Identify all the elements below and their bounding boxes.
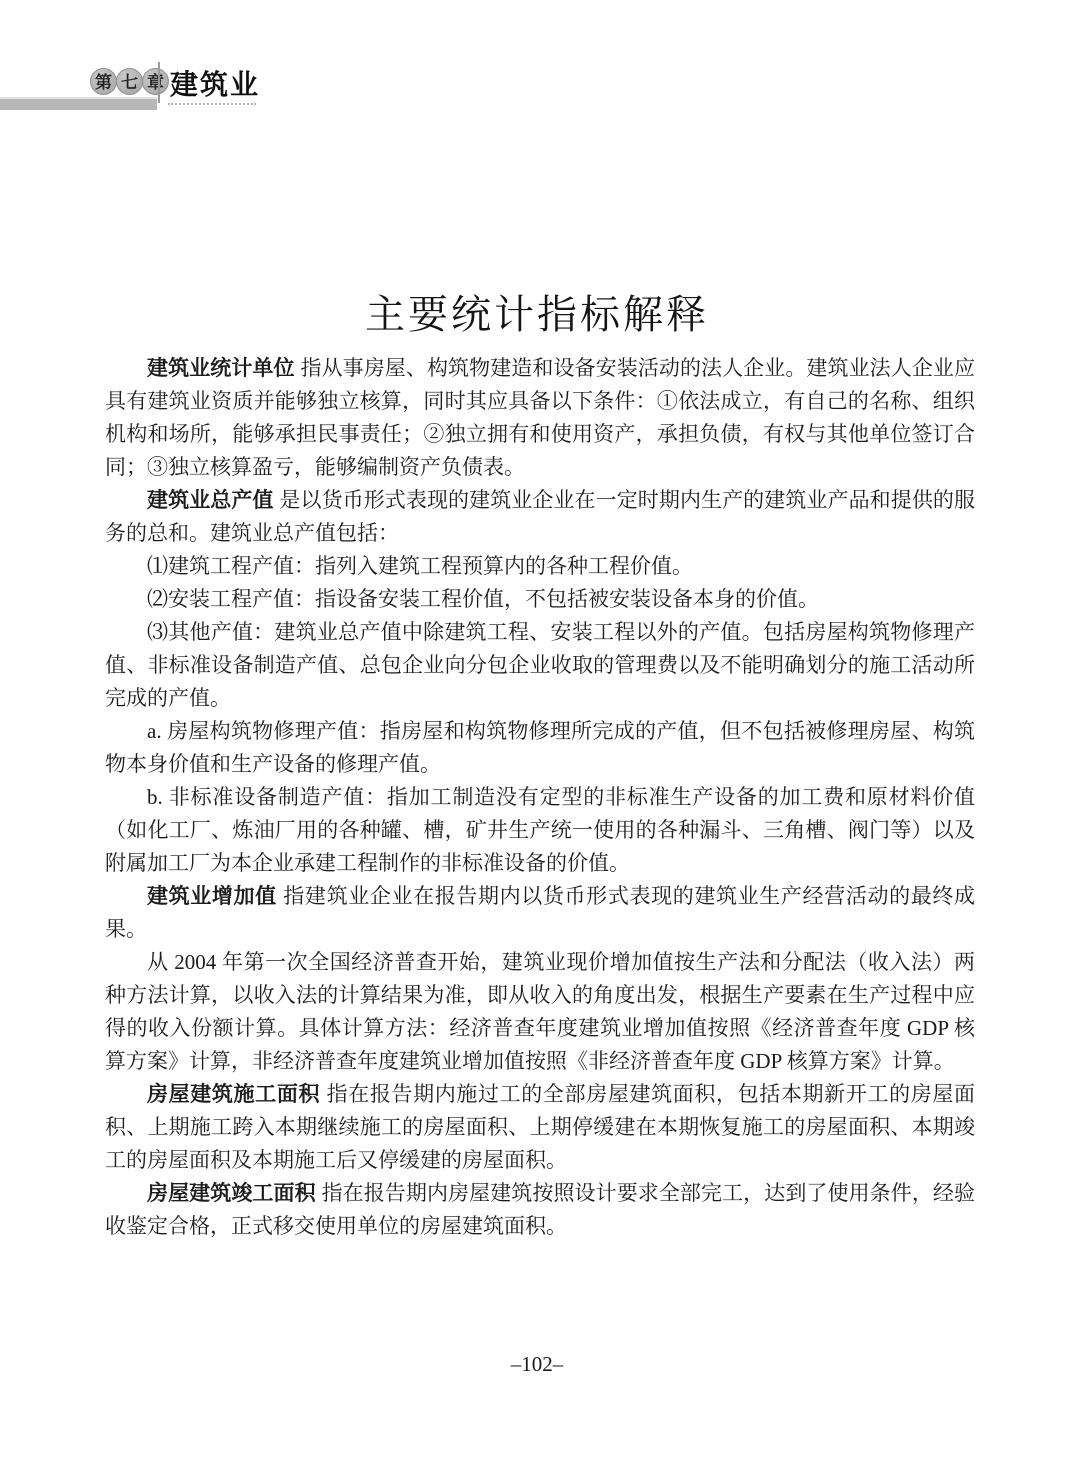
chapter-title-underline bbox=[168, 103, 256, 105]
indicator-term: 建筑业统计单位 bbox=[147, 357, 300, 380]
indicator-term: 建筑业增加值 bbox=[147, 885, 283, 908]
chapter-badge-char: 章 bbox=[142, 68, 169, 95]
page-title: 主要统计指标解释 bbox=[0, 283, 1074, 340]
paragraph: b. 非标准设备制造产值：指加工制造没有定型的非标准生产设备的加工费和原材料价值… bbox=[105, 781, 975, 880]
chapter-title: 建筑业 bbox=[170, 63, 260, 103]
chapter-badge-char: 七 bbox=[116, 68, 143, 95]
header-divider bbox=[158, 62, 160, 103]
paragraph: 房屋建筑竣工面积 指在报告期内房屋建筑按照设计要求全部完工，达到了使用条件，经验… bbox=[105, 1177, 975, 1243]
document-page: { "header": { "chapter_badge": "第七章", "c… bbox=[0, 0, 1074, 1458]
paragraph: ⑴建筑工程产值：指列入建筑工程预算内的各种工程价值。 bbox=[105, 550, 975, 583]
chapter-badge: 第 七 章 bbox=[90, 68, 168, 95]
indicator-term: 建筑业总产值 bbox=[147, 489, 279, 512]
paragraph: ⑶其他产值：建筑业总产值中除建筑工程、安装工程以外的产值。包括房屋构筑物修理产值… bbox=[105, 616, 975, 715]
chapter-badge-char: 第 bbox=[90, 68, 117, 95]
paragraph: 建筑业增加值 指建筑业企业在报告期内以货币形式表现的建筑业生产经营活动的最终成果… bbox=[105, 880, 975, 946]
paragraph: a. 房屋构筑物修理产值：指房屋和构筑物修理所完成的产值，但不包括被修理房屋、构… bbox=[105, 715, 975, 781]
paragraph: 建筑业总产值 是以货币形式表现的建筑业企业在一定时期内生产的建筑业产品和提供的服… bbox=[105, 484, 975, 550]
paragraph: 建筑业统计单位 指从事房屋、构筑物建造和设备安装活动的法人企业。建筑业法人企业应… bbox=[105, 352, 975, 484]
paragraph: 从 2004 年第一次全国经济普查开始，建筑业现价增加值按生产法和分配法（收入法… bbox=[105, 946, 975, 1078]
page-number: –102– bbox=[0, 1352, 1074, 1377]
header-gray-bar bbox=[0, 97, 157, 110]
page-header: 第 七 章 建筑业 bbox=[0, 62, 1074, 122]
paragraph: ⑵安装工程产值：指设备安装工程价值，不包括被安装设备本身的价值。 bbox=[105, 583, 975, 616]
indicator-term: 房屋建筑施工面积 bbox=[147, 1083, 327, 1106]
indicator-term: 房屋建筑竣工面积 bbox=[147, 1182, 322, 1205]
paragraphs: 建筑业统计单位 指从事房屋、构筑物建造和设备安装活动的法人企业。建筑业法人企业应… bbox=[105, 352, 975, 1243]
paragraph: 房屋建筑施工面积 指在报告期内施过工的全部房屋建筑面积，包括本期新开工的房屋面积… bbox=[105, 1078, 975, 1177]
